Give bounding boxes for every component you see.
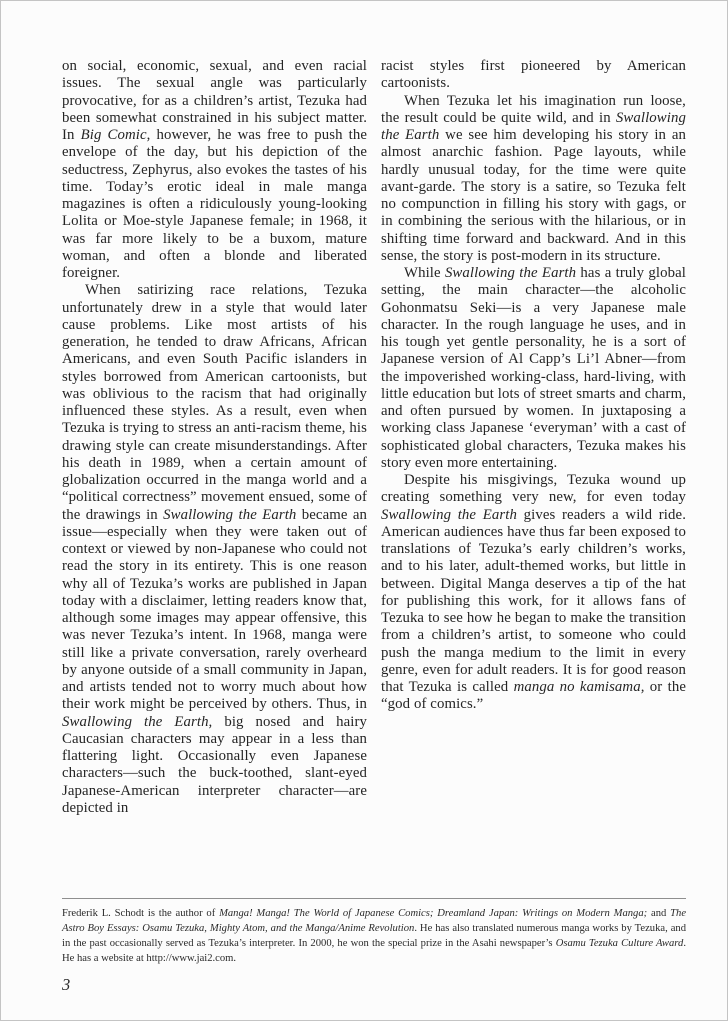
left-text-column: on social, economic, sexual, and even ra… — [62, 58, 367, 817]
two-column-text-block: on social, economic, sexual, and even ra… — [62, 58, 686, 817]
italic-title: Swallowing the Earth — [163, 507, 296, 523]
italic-title: Manga! Manga! The World of Japanese Comi… — [219, 908, 647, 919]
right-text-column: racist styles first pioneered by America… — [381, 58, 686, 817]
footnote-text: Frederik L. Schodt is the author of Mang… — [62, 907, 686, 967]
paragraph: Despite his misgivings, Tezuka wound up … — [381, 472, 686, 714]
paragraph: When Tezuka let his imagination run loos… — [381, 93, 686, 266]
italic-title: Swallowing the Earth — [381, 110, 686, 143]
footnote-divider — [62, 898, 686, 899]
italic-title: Big Comic — [81, 127, 147, 143]
italic-title: manga no kamisama, — [514, 679, 645, 695]
italic-title: Swallowing the Earth — [445, 265, 576, 281]
paragraph: While Swallowing the Earth has a truly g… — [381, 265, 686, 472]
italic-title: Swallowing the Earth — [381, 507, 517, 523]
paragraph: When satirizing race relations, Tezuka u… — [62, 282, 367, 817]
italic-title: Swallowing the Earth, — [62, 714, 212, 730]
page-number: 3 — [62, 975, 686, 995]
italic-title: Osamu Tezuka Culture Award — [556, 938, 684, 949]
book-page: on social, economic, sexual, and even ra… — [0, 0, 728, 1021]
footnote-area: Frederik L. Schodt is the author of Mang… — [62, 898, 686, 995]
paragraph: on social, economic, sexual, and even ra… — [62, 58, 367, 282]
paragraph: racist styles first pioneered by America… — [381, 58, 686, 93]
